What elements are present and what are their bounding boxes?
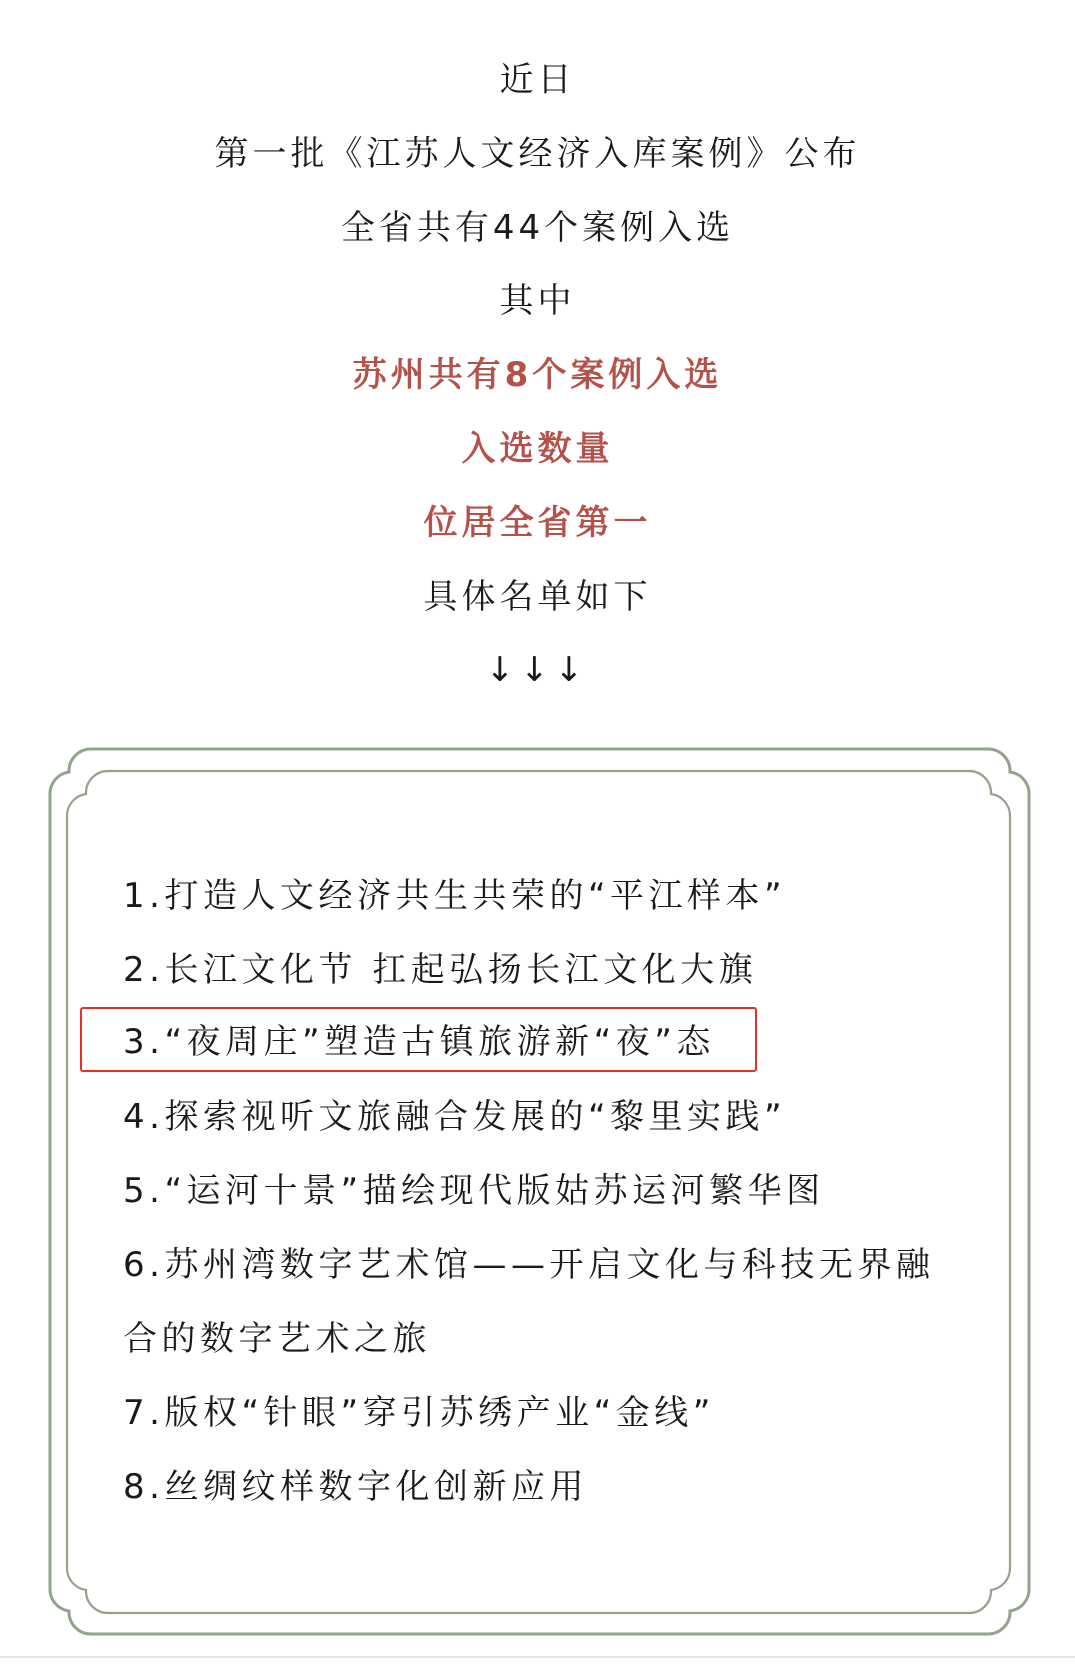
list-item: 4.探索视听文旅融合发展的“黎里实践” bbox=[123, 1097, 786, 1137]
list-item: 6.苏州湾数字艺术馆——开启文化与科技无界融 bbox=[123, 1245, 934, 1285]
bottom-divider bbox=[0, 1656, 1075, 1658]
list-item: 7.版权“针眼”穿引苏绣产业“金线” bbox=[123, 1393, 715, 1433]
list-item: 5.“运河十景”描绘现代版姑苏运河繁华图 bbox=[123, 1171, 825, 1211]
highlight-box bbox=[80, 1007, 757, 1072]
list-item: 1.打造人文经济共生共荣的“平江样本” bbox=[123, 876, 786, 916]
list-item: 2.长江文化节 扛起弘扬长江文化大旗 bbox=[123, 950, 757, 990]
list-item: 8.丝绸纹样数字化创新应用 bbox=[123, 1467, 588, 1507]
list-item-continuation: 合的数字艺术之旅 bbox=[123, 1319, 431, 1359]
